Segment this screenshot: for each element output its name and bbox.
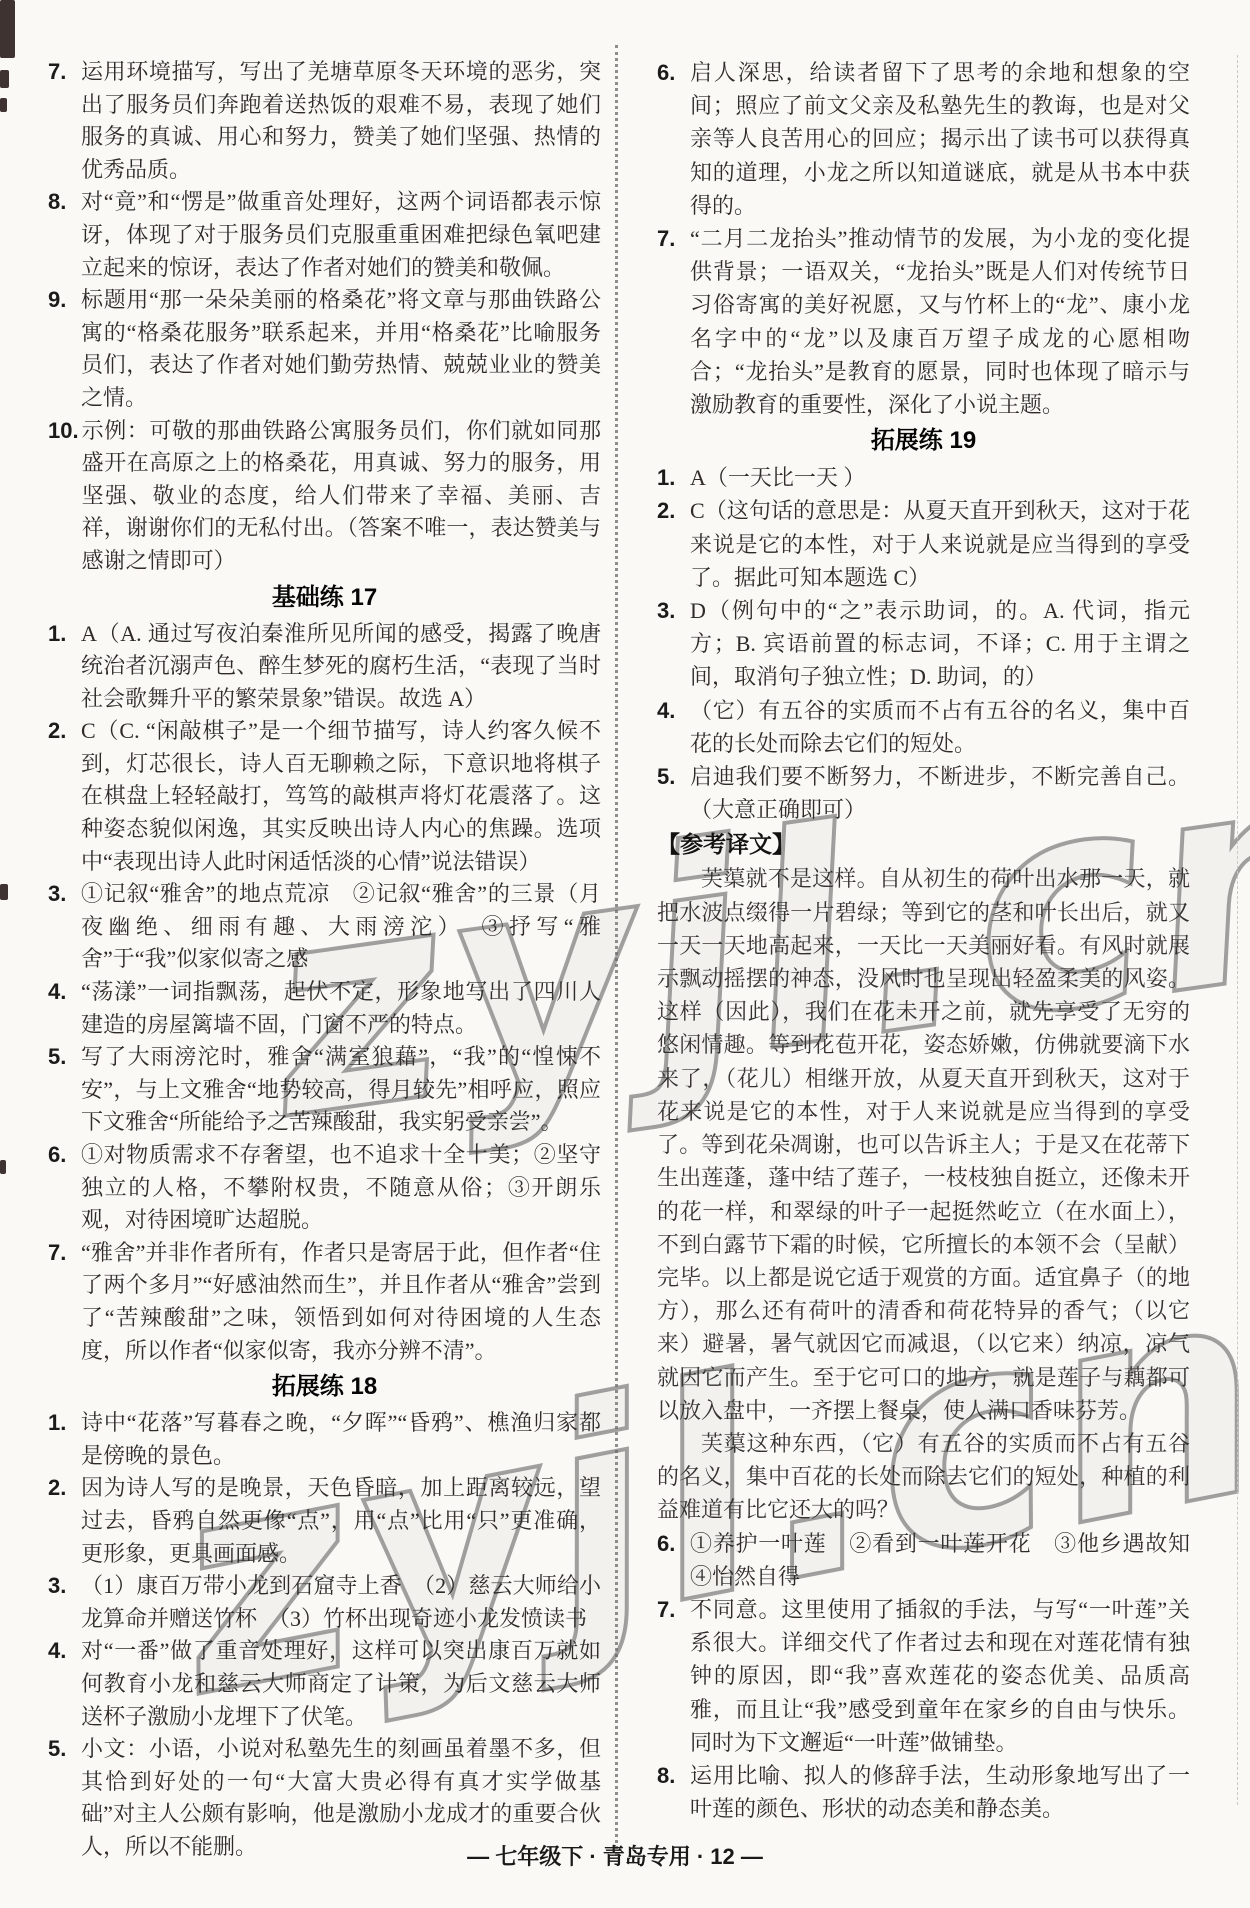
answer-item: 7.不同意。这里使用了插叙的手法，与写“一叶莲”关系很大。详细交代了作者过去和现… — [657, 1593, 1190, 1759]
item-number: 2. — [48, 1472, 81, 1505]
answer-item: 6.启人深思，给读者留下了思考的余地和想象的空间；照应了前文父亲及私塾先生的教诲… — [657, 56, 1190, 222]
answer-item: 7.运用环境描写，写出了羌塘草原冬天环境的恶劣，突出了服务员们奔跑着送热饭的艰难… — [48, 56, 601, 186]
answer-item: 3.①记叙“雅舍”的地点荒凉 ②记叙“雅舍”的三景（月夜幽绝、细雨有趣、大雨滂沱… — [48, 878, 601, 976]
translation-paragraph: 芙蕖就不是这样。自从初生的荷叶出水那一天，就把水波点缀得一片碧绿；等到它的茎和叶… — [657, 862, 1190, 1426]
scan-artifact — [0, 70, 9, 88]
scanned-answer-page: zyjl.cn zyjl.cn 7.运用环境描写，写出了羌塘草原冬天环境的恶劣，… — [0, 0, 1250, 1908]
item-text: 运用环境描写，写出了羌塘草原冬天环境的恶劣，突出了服务员们奔跑着送热饭的艰难不易… — [81, 56, 601, 186]
item-text: 对“竟”和“愣是”做重音处理好，这两个词语都表示惊讶，体现了对于服务员们克服重重… — [81, 186, 601, 284]
answer-item: 6.①养护一叶莲 ②看到一叶莲开花 ③他乡遇故知 ④怡然自得 — [657, 1527, 1190, 1593]
item-number: 5. — [48, 1041, 81, 1074]
item-number: 4. — [48, 1635, 81, 1668]
item-number: 7. — [657, 222, 690, 255]
left-column: 7.运用环境描写，写出了羌塘草原冬天环境的恶劣，突出了服务员们奔跑着送热饭的艰难… — [48, 56, 601, 1863]
item-text: （它）有五谷的实质而不占有五谷的名义，集中百花的长处而除去它们的短处。 — [690, 694, 1190, 760]
item-number: 6. — [657, 56, 690, 89]
item-text: “雅舍”并非作者所有，作者只是寄居于此，但作者“住了两个多月”“好感油然而生”，… — [81, 1237, 601, 1367]
item-number: 5. — [657, 760, 690, 793]
item-text: 标题用“那一朵朵美丽的格桑花”将文章与那曲铁路公寓的“格桑花服务”联系起来，并用… — [81, 284, 601, 414]
scan-artifact — [0, 0, 15, 58]
reference-translation-header: 【参考译文】 — [657, 826, 1190, 862]
item-number: 6. — [657, 1527, 690, 1560]
item-text: 诗中“花落”写暮春之晚，“夕晖”“昏鸦”、樵渔归家都是傍晚的景色。 — [81, 1407, 601, 1472]
scan-artifact — [0, 1160, 6, 1174]
item-text: 启人深思，给读者留下了思考的余地和想象的空间；照应了前文父亲及私塾先生的教诲，也… — [690, 56, 1190, 222]
section-header: 拓展练 18 — [48, 1367, 601, 1407]
item-text: 不同意。这里使用了插叙的手法，与写“一叶莲”关系很大。详细交代了作者过去和现在对… — [690, 1593, 1190, 1759]
item-text: ①对物质需求不存奢望，也不追求十全十美；②坚守独立的人格，不攀附权贵，不随意从俗… — [81, 1139, 601, 1237]
answer-item: 8.对“竟”和“愣是”做重音处理好，这两个词语都表示惊讶，体现了对于服务员们克服… — [48, 186, 601, 284]
item-text: C（C. “闲敲棋子”是一个细节描写，诗人约客久候不到，灯芯很长，诗人百无聊赖之… — [81, 715, 601, 878]
item-number: 7. — [48, 1237, 81, 1270]
answer-item: 2.C（这句话的意思是：从夏天直开到秋天，这对于花来说是它的本性，对于人来说就是… — [657, 494, 1190, 594]
answer-item: 10.示例：可敬的那曲铁路公寓服务员们，你们就如同那盛开在高原之上的格桑花，用真… — [48, 415, 601, 578]
item-text: C（这句话的意思是：从夏天直开到秋天，这对于花来说是它的本性，对于人来说就是应当… — [690, 494, 1190, 594]
item-text: 对“一番”做了重音处理好，这样可以突出康百万就如何教育小龙和慈云大师商定了计策，… — [81, 1635, 601, 1733]
item-number: 9. — [48, 284, 81, 317]
answer-item: 1.A（一天比一天 ） — [657, 461, 1190, 494]
item-number: 3. — [48, 1570, 81, 1603]
item-text: 运用比喻、拟人的修辞手法，生动形象地写出了一叶莲的颜色、形状的动态美和静态美。 — [690, 1759, 1190, 1825]
answer-item: 4.（它）有五谷的实质而不占有五谷的名义，集中百花的长处而除去它们的短处。 — [657, 694, 1190, 760]
item-text: ①记叙“雅舍”的地点荒凉 ②记叙“雅舍”的三景（月夜幽绝、细雨有趣、大雨滂沱） … — [81, 878, 601, 976]
answer-item: 3.（1）康百万带小龙到石窟寺上香 （2）慈云大师给小龙算命并赠送竹杯 （3）竹… — [48, 1570, 601, 1635]
answer-item: 7.“二月二龙抬头”推动情节的发展，为小龙的变化提供背景；一语双关，“龙抬头”既… — [657, 222, 1190, 421]
item-text: 因为诗人写的是晚景，天色昏暗，加上距离较远，望过去，昏鸦自然更像“点”，用“点”… — [81, 1472, 601, 1570]
answer-item: 9.标题用“那一朵朵美丽的格桑花”将文章与那曲铁路公寓的“格桑花服务”联系起来，… — [48, 284, 601, 414]
scan-artifact — [0, 884, 8, 900]
translation-paragraph: 芙蕖这种东西，（它）有五谷的实质而不占有五谷的名义，集中百花的长处而除去它们的短… — [657, 1427, 1190, 1527]
item-number: 10. — [48, 415, 82, 448]
answer-item: 4.“荡漾”一词指飘荡，起伏不定，形象地写出了四川人建造的房屋篱墙不固，门窗不严… — [48, 976, 601, 1041]
answer-item: 5.写了大雨滂沱时，雅舍“满室狼藉”，“我”的“惶悚不安”，与上文雅舍“地势较高… — [48, 1041, 601, 1139]
item-number: 5. — [48, 1733, 81, 1766]
item-text: 写了大雨滂沱时，雅舍“满室狼藉”，“我”的“惶悚不安”，与上文雅舍“地势较高，得… — [81, 1041, 601, 1139]
item-text: ①养护一叶莲 ②看到一叶莲开花 ③他乡遇故知 ④怡然自得 — [690, 1527, 1190, 1593]
item-number: 6. — [48, 1139, 81, 1172]
item-number: 7. — [657, 1593, 690, 1626]
item-number: 1. — [48, 618, 81, 651]
item-text: （1）康百万带小龙到石窟寺上香 （2）慈云大师给小龙算命并赠送竹杯 （3）竹杯出… — [81, 1570, 601, 1635]
item-number: 2. — [657, 494, 690, 527]
section-header: 基础练 17 — [48, 578, 601, 618]
answer-item: 7.“雅舍”并非作者所有，作者只是寄居于此，但作者“住了两个多月”“好感油然而生… — [48, 1237, 601, 1367]
answer-item: 4.对“一番”做了重音处理好，这样可以突出康百万就如何教育小龙和慈云大师商定了计… — [48, 1635, 601, 1733]
item-number: 2. — [48, 715, 81, 748]
right-column: 6.启人深思，给读者留下了思考的余地和想象的空间；照应了前文父亲及私塾先生的教诲… — [657, 56, 1190, 1825]
answer-item: 8.运用比喻、拟人的修辞手法，生动形象地写出了一叶莲的颜色、形状的动态美和静态美… — [657, 1759, 1190, 1825]
item-text: A（A. 通过写夜泊秦淮所见所闻的感受，揭露了晚唐统治者沉溺声色、醉生梦死的腐朽… — [81, 618, 601, 716]
page-edge-line — [1237, 55, 1238, 1805]
scan-artifact — [0, 98, 7, 112]
column-divider-dotted — [615, 45, 618, 1855]
item-number: 7. — [48, 56, 81, 89]
item-text: “二月二龙抬头”推动情节的发展，为小龙的变化提供背景；一语双关，“龙抬头”既是人… — [690, 222, 1190, 421]
item-number: 4. — [48, 976, 81, 1009]
answer-item: 2.因为诗人写的是晚景，天色昏暗，加上距离较远，望过去，昏鸦自然更像“点”，用“… — [48, 1472, 601, 1570]
item-text: 示例：可敬的那曲铁路公寓服务员们，你们就如同那盛开在高原之上的格桑花，用真诚、努… — [82, 415, 601, 578]
item-number: 4. — [657, 694, 690, 727]
item-number: 3. — [657, 594, 690, 627]
answer-item: 1.A（A. 通过写夜泊秦淮所见所闻的感受，揭露了晚唐统治者沉溺声色、醉生梦死的… — [48, 618, 601, 716]
section-header: 拓展练 19 — [657, 421, 1190, 461]
answer-item: 5.启迪我们要不断努力，不断进步，不断完善自己。（大意正确即可） — [657, 760, 1190, 826]
item-number: 8. — [48, 186, 81, 219]
item-number: 3. — [48, 878, 81, 911]
item-text: D（例句中的“之”表示助词，的。A. 代词，指元方；B. 宾语前置的标志词，不译… — [690, 594, 1190, 694]
item-number: 8. — [657, 1759, 690, 1792]
item-text: 启迪我们要不断努力，不断进步，不断完善自己。（大意正确即可） — [690, 760, 1190, 826]
item-text: “荡漾”一词指飘荡，起伏不定，形象地写出了四川人建造的房屋篱墙不固，门窗不严的特… — [81, 976, 601, 1041]
item-number: 1. — [657, 461, 690, 494]
page-footer: — 七年级下 · 青岛专用 · 12 — — [0, 1840, 1230, 1871]
item-number: 1. — [48, 1407, 81, 1440]
answer-item: 3.D（例句中的“之”表示助词，的。A. 代词，指元方；B. 宾语前置的标志词，… — [657, 594, 1190, 694]
answer-item: 6.①对物质需求不存奢望，也不追求十全十美；②坚守独立的人格，不攀附权贵，不随意… — [48, 1139, 601, 1237]
item-text: A（一天比一天 ） — [690, 461, 1190, 494]
answer-item: 1.诗中“花落”写暮春之晚，“夕晖”“昏鸦”、樵渔归家都是傍晚的景色。 — [48, 1407, 601, 1472]
answer-item: 2.C（C. “闲敲棋子”是一个细节描写，诗人约客久候不到，灯芯很长，诗人百无聊… — [48, 715, 601, 878]
